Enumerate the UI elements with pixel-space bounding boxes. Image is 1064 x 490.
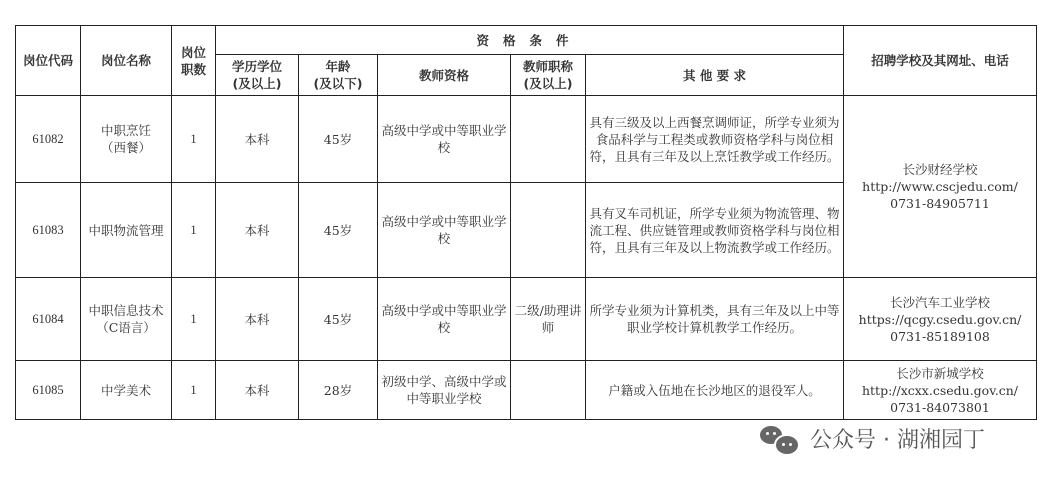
recruitment-table: 岗位代码 岗位名称 岗位 职数 资格条件 招聘学校及其网址、电话 学历学位 (及… — [15, 25, 1037, 420]
cell-education: 本科 — [216, 361, 299, 420]
school-phone: 0731-85189108 — [846, 328, 1034, 345]
cell-age: 45岁 — [299, 183, 378, 278]
header-teacher-cert: 教师资格 — [378, 55, 511, 96]
cell-education: 本科 — [216, 96, 299, 183]
cell-education: 本科 — [216, 183, 299, 278]
cell-age: 45岁 — [299, 96, 378, 183]
header-count-line1: 岗位 — [174, 44, 213, 61]
school-phone: 0731-84073801 — [846, 399, 1034, 416]
cell-other: 户籍或入伍地在长沙地区的退役军人。 — [586, 361, 844, 420]
cell-other: 具有三级及以上西餐烹调师证，所学专业须为食品科学与工程类或教师资格学科与岗位相符… — [586, 96, 844, 183]
cell-teacher-cert: 初级中学、高级中学或中等职业学校 — [378, 361, 511, 420]
cell-title — [511, 183, 586, 278]
header-school: 招聘学校及其网址、电话 — [844, 26, 1037, 96]
school-url[interactable]: http://xcxx.csedu.gov.cn/ — [846, 382, 1034, 399]
wechat-icon — [760, 424, 800, 454]
cell-name: 中职烹饪 （西餐） — [81, 96, 172, 183]
cell-education: 本科 — [216, 278, 299, 361]
cell-code: 61082 — [16, 96, 81, 183]
table-row: 61084 中职信息技术 （C语言） 1 本科 45岁 高级中学或中等职业学校 … — [16, 278, 1037, 361]
cell-title — [511, 96, 586, 183]
cell-other: 所学专业须为计算机类，具有三年及以上中等职业学校计算机教学工作经历。 — [586, 278, 844, 361]
header-code: 岗位代码 — [16, 26, 81, 96]
cell-teacher-cert: 高级中学或中等职业学校 — [378, 183, 511, 278]
cell-name-line2: （C语言） — [83, 319, 169, 336]
cell-teacher-cert: 高级中学或中等职业学校 — [378, 96, 511, 183]
school-name: 长沙汽车工业学校 — [846, 294, 1034, 311]
cell-age: 28岁 — [299, 361, 378, 420]
cell-count: 1 — [172, 278, 216, 361]
watermark-text: 公众号 · 湖湘园丁 — [810, 423, 985, 454]
cell-name-line2: （西餐） — [83, 139, 169, 156]
cell-age: 45岁 — [299, 278, 378, 361]
header-age-line2: (及以下) — [301, 75, 375, 92]
school-phone: 0731-84905711 — [846, 195, 1034, 212]
header-title: 教师职称 (及以上) — [511, 55, 586, 96]
school-name: 长沙财经学校 — [846, 161, 1034, 178]
cell-other: 具有叉车司机证，所学专业须为物流管理、物流工程、供应链管理或教师资格学科与岗位相… — [586, 183, 844, 278]
header-qualification-group: 资格条件 — [216, 26, 844, 55]
cell-title — [511, 361, 586, 420]
watermark: 公众号 · 湖湘园丁 — [760, 423, 985, 454]
header-name: 岗位名称 — [81, 26, 172, 96]
header-education-line2: (及以上) — [218, 75, 296, 92]
cell-school: 长沙汽车工业学校 https://qcgy.csedu.gov.cn/ 0731… — [844, 278, 1037, 361]
cell-count: 1 — [172, 96, 216, 183]
header-education: 学历学位 (及以上) — [216, 55, 299, 96]
cell-school: 长沙市新城学校 http://xcxx.csedu.gov.cn/ 0731-8… — [844, 361, 1037, 420]
table-row: 61082 中职烹饪 （西餐） 1 本科 45岁 高级中学或中等职业学校 具有三… — [16, 96, 1037, 183]
cell-name: 中职信息技术 （C语言） — [81, 278, 172, 361]
cell-code: 61084 — [16, 278, 81, 361]
school-name: 长沙市新城学校 — [846, 365, 1034, 382]
cell-code: 61083 — [16, 183, 81, 278]
cell-title: 二级/助理讲师 — [511, 278, 586, 361]
header-age: 年龄 (及以下) — [299, 55, 378, 96]
table-row: 61085 中学美术 1 本科 28岁 初级中学、高级中学或中等职业学校 户籍或… — [16, 361, 1037, 420]
header-age-line1: 年龄 — [301, 58, 375, 75]
cell-name-line1: 中职烹饪 — [83, 122, 169, 139]
school-url[interactable]: https://qcgy.csedu.gov.cn/ — [846, 311, 1034, 328]
header-other: 其 他 要 求 — [586, 55, 844, 96]
header-count: 岗位 职数 — [172, 26, 216, 96]
header-title-line1: 教师职称 — [513, 58, 583, 75]
cell-code: 61085 — [16, 361, 81, 420]
header-title-line2: (及以上) — [513, 75, 583, 92]
header-count-line2: 职数 — [174, 61, 213, 78]
cell-name: 中职物流管理 — [81, 183, 172, 278]
cell-name: 中学美术 — [81, 361, 172, 420]
cell-teacher-cert: 高级中学或中等职业学校 — [378, 278, 511, 361]
header-education-line1: 学历学位 — [218, 58, 296, 75]
school-url[interactable]: http://www.cscjedu.com/ — [846, 178, 1034, 195]
cell-count: 1 — [172, 183, 216, 278]
cell-name-line1: 中职信息技术 — [83, 302, 169, 319]
cell-school: 长沙财经学校 http://www.cscjedu.com/ 0731-8490… — [844, 96, 1037, 278]
cell-count: 1 — [172, 361, 216, 420]
